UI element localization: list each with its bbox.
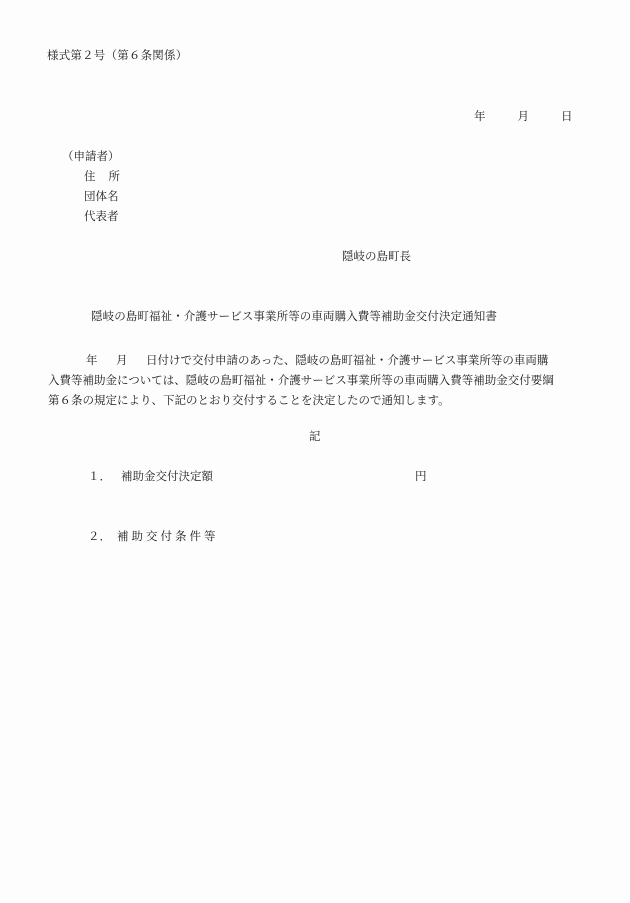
address-label-part2: 所 [109,169,121,183]
applicant-heading: （申請者） [62,151,120,163]
body-line-2: 入費等補助金については、隠岐の島町福祉・介護サービス事業所等の車両購入費等補助金… [48,370,588,390]
body-year-label: 年 [48,350,116,370]
item-1-unit: 円 [415,471,427,483]
body-paragraph: 年月日付けで交付申請のあった、隠岐の島町福祉・介護サービス事業所等の車両購 入費… [48,350,588,410]
item-1: １．補助金交付決定額 [88,471,213,483]
item-2-number: ２． [88,529,111,543]
body-line-3: 第６条の規定により、下記のとおり交付することを決定したので通知します。 [48,390,588,410]
form-number: 様式第２号（第６条関係） [47,50,187,62]
address-label-part1: 住 [84,169,96,183]
date-month-label: 月 [518,111,530,123]
document-page: 様式第２号（第６条関係） 年月日 （申請者） 住所 団体名 代表者 隠岐の島町長… [0,0,630,903]
issuer-name: 隠岐の島町長 [342,251,411,263]
document-title: 隠岐の島町福祉・介護サービス事業所等の車両購入費等補助金交付決定通知書 [91,311,497,323]
date-year-label: 年 [474,111,486,123]
applicant-representative-label: 代表者 [84,211,119,223]
item-2-label: 補助交付条件等 [117,529,219,543]
body-month-label: 月 [116,350,146,370]
ki-heading: 記 [309,431,321,443]
date-line: 年月日 [474,111,573,123]
item-1-number: １． [88,469,111,483]
body-line-1: 年月日付けで交付申請のあった、隠岐の島町福祉・介護サービス事業所等の車両購 [48,350,588,370]
applicant-address-label: 住所 [84,171,120,183]
body-line-1-text: 日付けで交付申請のあった、隠岐の島町福祉・介護サービス事業所等の車両購 [146,353,548,367]
date-day-label: 日 [561,111,573,123]
item-1-label: 補助金交付決定額 [121,469,213,483]
item-2: ２．補助交付条件等 [88,531,219,543]
applicant-organization-label: 団体名 [84,191,119,203]
